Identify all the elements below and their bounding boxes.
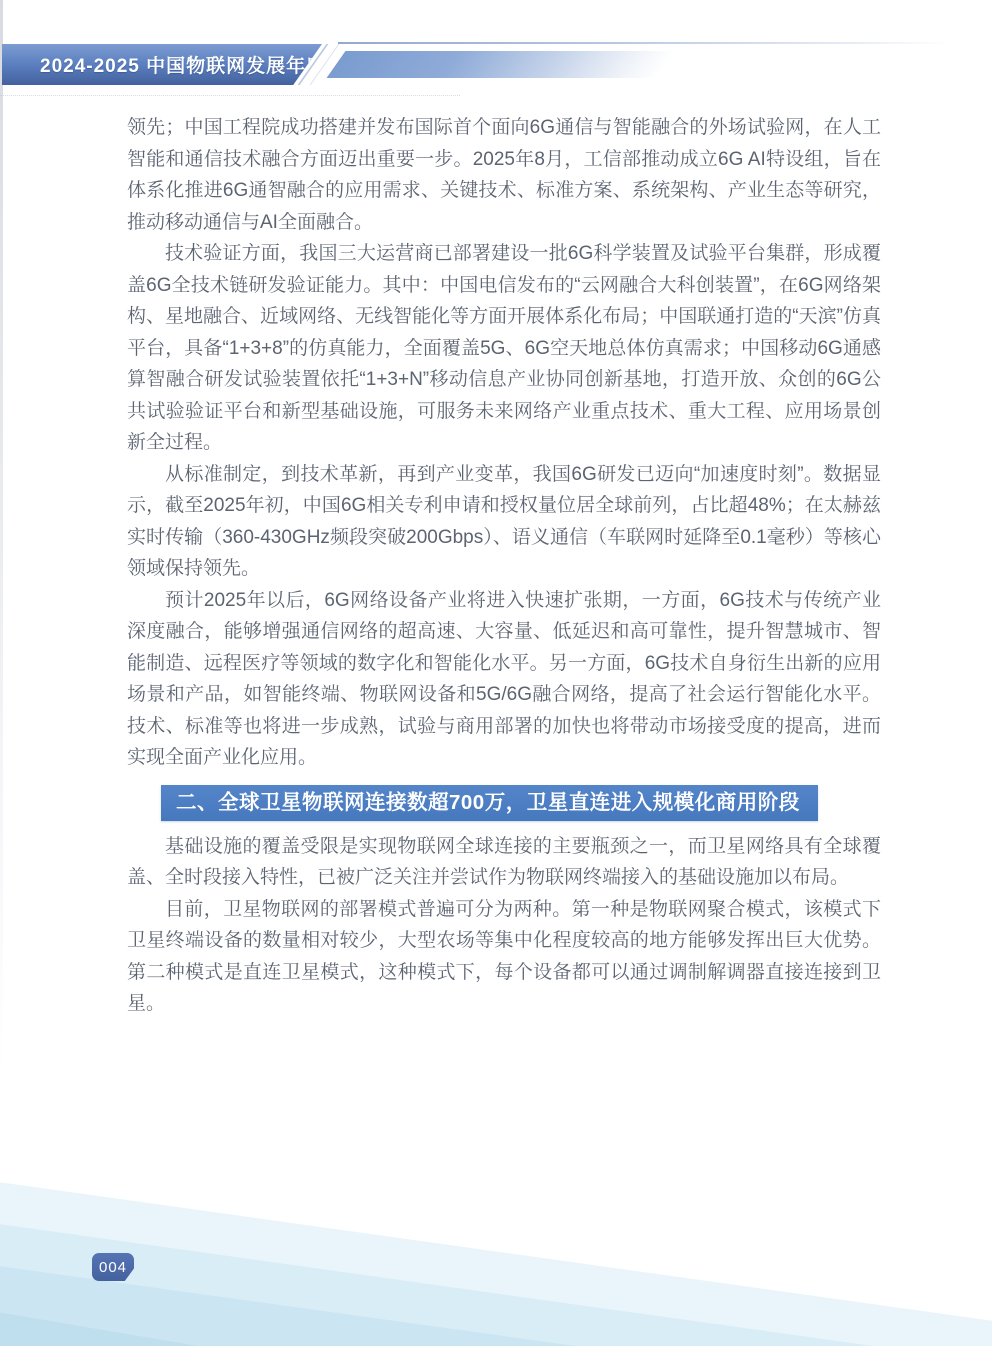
report-page: 2024-2025 中国物联网发展年度报告 领先；中国工程院成功搭建并发布国际首… <box>0 0 992 1346</box>
wave-band <box>0 1136 992 1346</box>
body-paragraph-1: 领先；中国工程院成功搭建并发布国际首个面向6G通信与智能融合的外场试验网，在人工… <box>127 112 881 238</box>
section-heading-row: 二、全球卫星物联网连接数超700万，卫星直连进入规模化商用阶段 <box>127 774 881 831</box>
wave-band <box>0 1136 992 1346</box>
page-number-badge: 004 <box>92 1253 134 1281</box>
body-paragraph-5: 基础设施的覆盖受限是实现物联网全球连接的主要瓶颈之一，而卫星网络具有全球覆盖、全… <box>127 831 881 894</box>
wave-band <box>0 1136 992 1346</box>
footer-wave-decoration <box>0 1136 992 1346</box>
header-hairline-decoration <box>338 42 950 44</box>
body-paragraph-3: 从标准制定，到技术革新，再到产业变革，我国6G研发已迈向“加速度时刻”。数据显示… <box>127 459 881 585</box>
header-banner: 2024-2025 中国物联网发展年度报告 <box>2 44 322 85</box>
body-paragraph-4: 预计2025年以后，6G网络设备产业将进入快速扩张期，一方面，6G技术与传统产业… <box>127 585 881 774</box>
section-heading: 二、全球卫星物联网连接数超700万，卫星直连进入规模化商用阶段 <box>161 785 818 821</box>
body-paragraph-6: 目前，卫星物联网的部署模式普遍可分为两种。第一种是物联网聚合模式，该模式下卫星终… <box>127 894 881 1020</box>
header-gradient-stripe <box>327 51 676 78</box>
page-scan-edge <box>0 0 3 1346</box>
body-paragraph-2: 技术验证方面，我国三大运营商已部署建设一批6G科学装置及试验平台集群，形成覆盖6… <box>127 238 881 459</box>
page-header: 2024-2025 中国物联网发展年度报告 <box>0 0 992 110</box>
wave-band <box>0 1136 992 1346</box>
page-body: 领先；中国工程院成功搭建并发布国际首个面向6G通信与智能融合的外场试验网，在人工… <box>127 112 881 1020</box>
header-dotted-line <box>0 95 460 96</box>
